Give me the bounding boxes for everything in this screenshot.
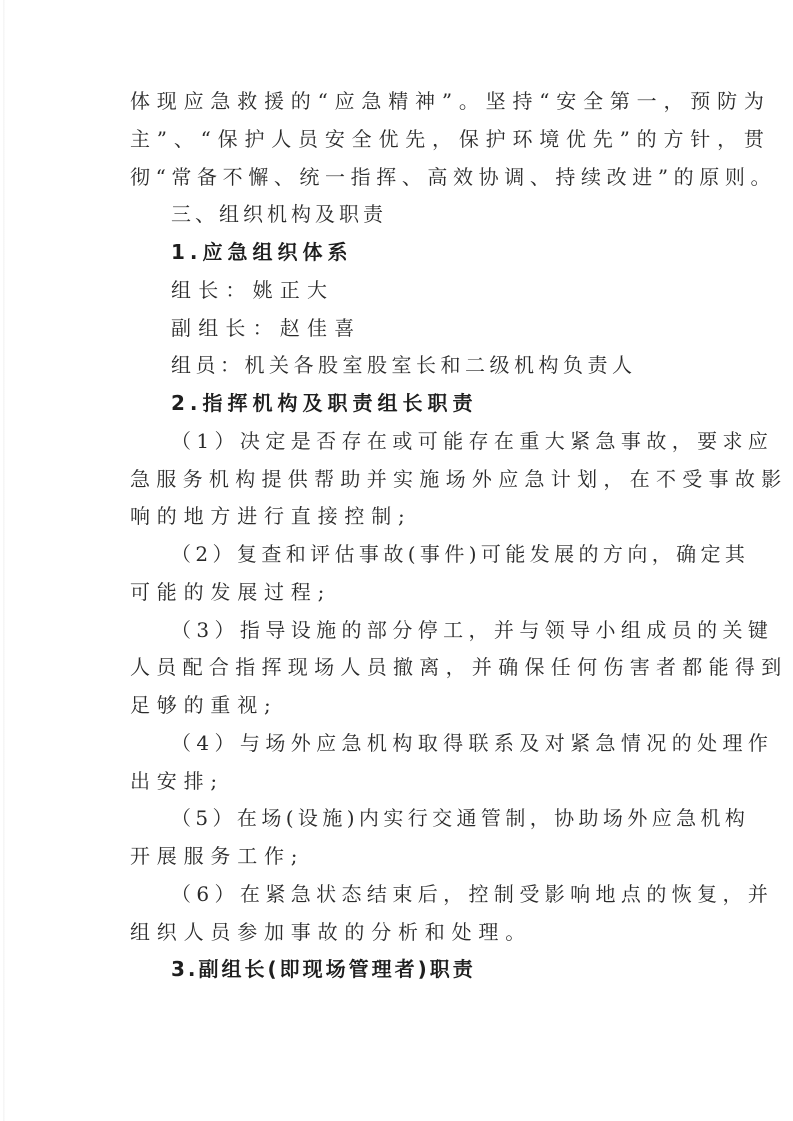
duty-item-1: （1）决定是否存在或可能存在重大紧急事故，要求应 bbox=[130, 423, 682, 461]
document-page: 体现应急救援的“应急精神”。坚持“安全第一，预防为 主”、“保护人员安全优先，保… bbox=[0, 0, 793, 1121]
paragraph-line: 出安排; bbox=[130, 763, 682, 801]
subheading-command-duties: 2.指挥机构及职责组长职责 bbox=[130, 385, 682, 423]
duty-item-4: （4）与场外应急机构取得联系及对紧急情况的处理作 bbox=[130, 725, 682, 763]
paragraph-line: 彻“常备不懈、统一指挥、高效协调、持续改进”的原则。 bbox=[130, 159, 682, 197]
paragraph-line: 急服务机构提供帮助并实施场外应急计划，在不受事故影 bbox=[130, 461, 682, 499]
paragraph-line: 开展服务工作; bbox=[130, 838, 682, 876]
paragraph-line: 响的地方进行直接控制; bbox=[130, 498, 682, 536]
members-line: 组员：机关各股室股室长和二级机构负责人 bbox=[130, 347, 682, 385]
group-leader-line: 组长：姚正大 bbox=[130, 272, 682, 310]
section-heading: 三、组织机构及职责 bbox=[130, 196, 682, 234]
duty-item-2: （2）复查和评估事故(事件)可能发展的方向，确定其 bbox=[130, 536, 682, 574]
duty-item-5: （5）在场(设施)内实行交通管制，协助场外应急机构 bbox=[130, 800, 682, 838]
paragraph-line: 体现应急救援的“应急精神”。坚持“安全第一，预防为 bbox=[130, 83, 682, 121]
subheading-deputy-duties: 3.副组长(即现场管理者)职责 bbox=[130, 951, 682, 989]
subheading-emergency-organization: 1.应急组织体系 bbox=[130, 234, 682, 272]
paragraph-line: 主”、“保护人员安全优先，保护环境优先”的方针，贯 bbox=[130, 121, 682, 159]
paragraph-line: 人员配合指挥现场人员撤离，并确保任何伤害者都能得到 bbox=[130, 649, 682, 687]
scan-edge-shadow bbox=[3, 0, 5, 1121]
paragraph-line: 组织人员参加事故的分析和处理。 bbox=[130, 914, 682, 952]
duty-item-6: （6）在紧急状态结束后，控制受影响地点的恢复，并 bbox=[130, 876, 682, 914]
paragraph-line: 可能的发展过程; bbox=[130, 574, 682, 612]
duty-item-3: （3）指导设施的部分停工，并与领导小组成员的关键 bbox=[130, 612, 682, 650]
deputy-leader-line: 副组长：赵佳喜 bbox=[130, 310, 682, 348]
paragraph-line: 足够的重视; bbox=[130, 687, 682, 725]
document-body: 体现应急救援的“应急精神”。坚持“安全第一，预防为 主”、“保护人员安全优先，保… bbox=[130, 83, 682, 989]
